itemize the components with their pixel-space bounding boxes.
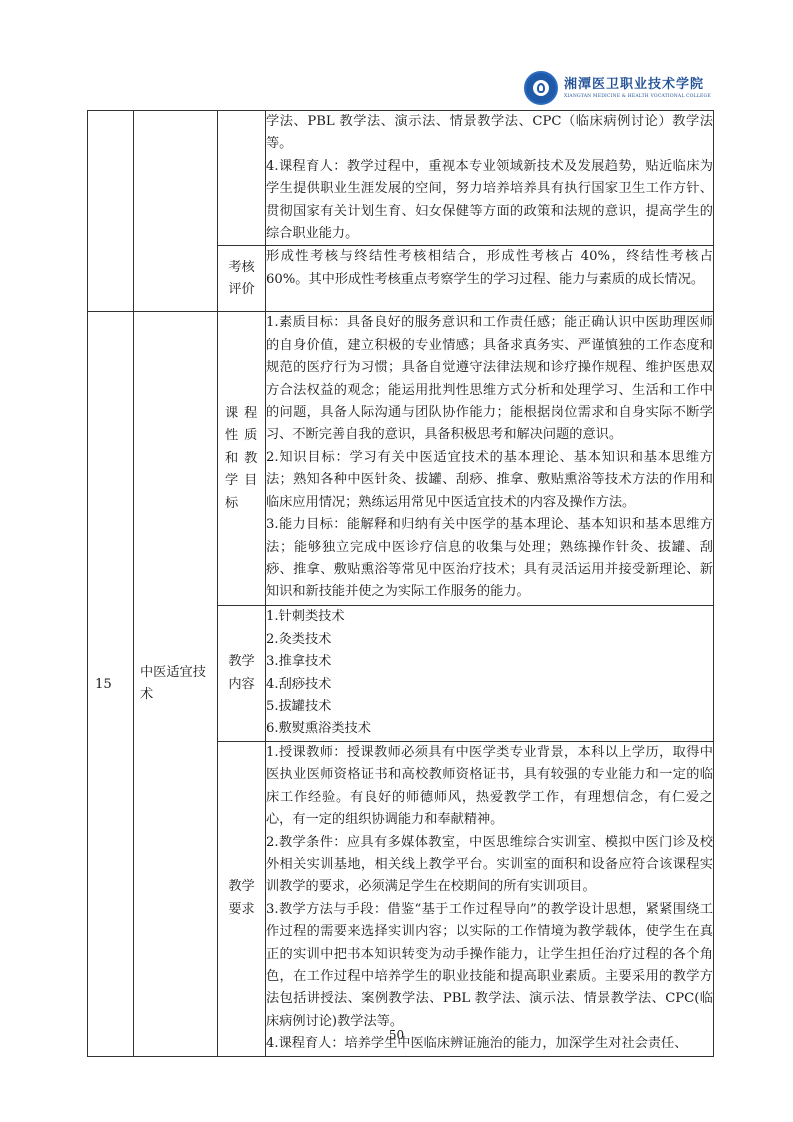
course-table: 学法、PBL 教学法、演示法、情景教学法、CPC（临床病例讨论）教学法等。 4.… bbox=[87, 110, 714, 1057]
requirements-label: 教学要求 bbox=[218, 741, 266, 1056]
requirement-teacher: 1.授课教师：授课教师必须具有中医学类专业背景，本科以上学历，取得中医执业医师资… bbox=[266, 742, 713, 832]
college-emblem-icon bbox=[524, 71, 558, 105]
college-name-en: XIANGTAN MEDICINE & HEALTH VOCATIONAL CO… bbox=[564, 93, 711, 100]
requirement-conditions: 2.教学条件：应具有多媒体教室，中医思维综合实训室、模拟中医门诊及校外相关实训基… bbox=[266, 832, 713, 899]
requirement-methods: 3.教学方法与手段：借鉴“基于工作过程导向”的教学设计思想，紧紧围绕工作过程的需… bbox=[266, 899, 713, 1033]
college-name-cn: 湘潭医卫职业技术学院 bbox=[564, 77, 711, 93]
table-row-objectives: 15 中医适宜技术 课程性质和教学目标 1.素质目标：具备良好的服务意识和工作责… bbox=[88, 312, 714, 606]
content-item: 4.刮痧技术 bbox=[266, 674, 713, 696]
objectives-text: 1.素质目标：具备良好的服务意识和工作责任感；能正确认识中医助理医师的自身价值，… bbox=[266, 312, 714, 606]
objective-quality: 1.素质目标：具备良好的服务意识和工作责任感；能正确认识中医助理医师的自身价值，… bbox=[266, 312, 713, 446]
objective-knowledge: 2.知识目标：学习有关中医适宜技术的基本理论、基本知识和基本思维方法；熟知各种中… bbox=[266, 447, 713, 514]
objectives-label: 课程性质和教学目标 bbox=[218, 312, 266, 606]
table-row-continued-requirements: 学法、PBL 教学法、演示法、情景教学法、CPC（临床病例讨论）教学法等。 4.… bbox=[88, 111, 714, 246]
requirements-tail-2: 4.课程育人：教学过程中，重视本专业领域新技术及发展趋势，贴近临床为学生提供职业… bbox=[266, 156, 713, 246]
prev-course-cell bbox=[134, 111, 218, 312]
objective-ability: 3.能力目标：能解释和归纳有关中医学的基本理论、基本知识和基本思维方法；能够独立… bbox=[266, 514, 713, 604]
assessment-text: 形成性考核与终结性考核相结合，形成性考核占 40%，终结性考核占 60%。其中形… bbox=[266, 246, 714, 312]
content-label: 教学内容 bbox=[218, 606, 266, 741]
content-item: 1.针刺类技术 bbox=[266, 606, 713, 628]
prev-requirements-cell: 学法、PBL 教学法、演示法、情景教学法、CPC（临床病例讨论）教学法等。 4.… bbox=[266, 111, 714, 246]
prev-number-cell bbox=[88, 111, 134, 312]
content-item: 6.敷熨熏浴类技术 bbox=[266, 718, 713, 740]
course-name: 中医适宜技术 bbox=[134, 312, 218, 1056]
content-item: 3.推拿技术 bbox=[266, 651, 713, 673]
course-number: 15 bbox=[88, 312, 134, 1056]
content-item: 5.拔罐技术 bbox=[266, 696, 713, 718]
requirements-tail-1: 学法、PBL 教学法、演示法、情景教学法、CPC（临床病例讨论）教学法等。 bbox=[266, 111, 713, 156]
assessment-label: 考核评价 bbox=[218, 246, 266, 312]
content-list: 1.针刺类技术 2.灸类技术 3.推拿技术 4.刮痧技术 5.拔罐技术 6.敷熨… bbox=[266, 606, 714, 741]
college-logo: 湘潭医卫职业技术学院 XIANGTAN MEDICINE & HEALTH VO… bbox=[524, 70, 711, 106]
content-item: 2.灸类技术 bbox=[266, 629, 713, 651]
requirements-text: 1.授课教师：授课教师必须具有中医学类专业背景，本科以上学历，取得中医执业医师资… bbox=[266, 741, 714, 1056]
page-number: 50 bbox=[0, 1028, 793, 1042]
prev-label-cell bbox=[218, 111, 266, 246]
